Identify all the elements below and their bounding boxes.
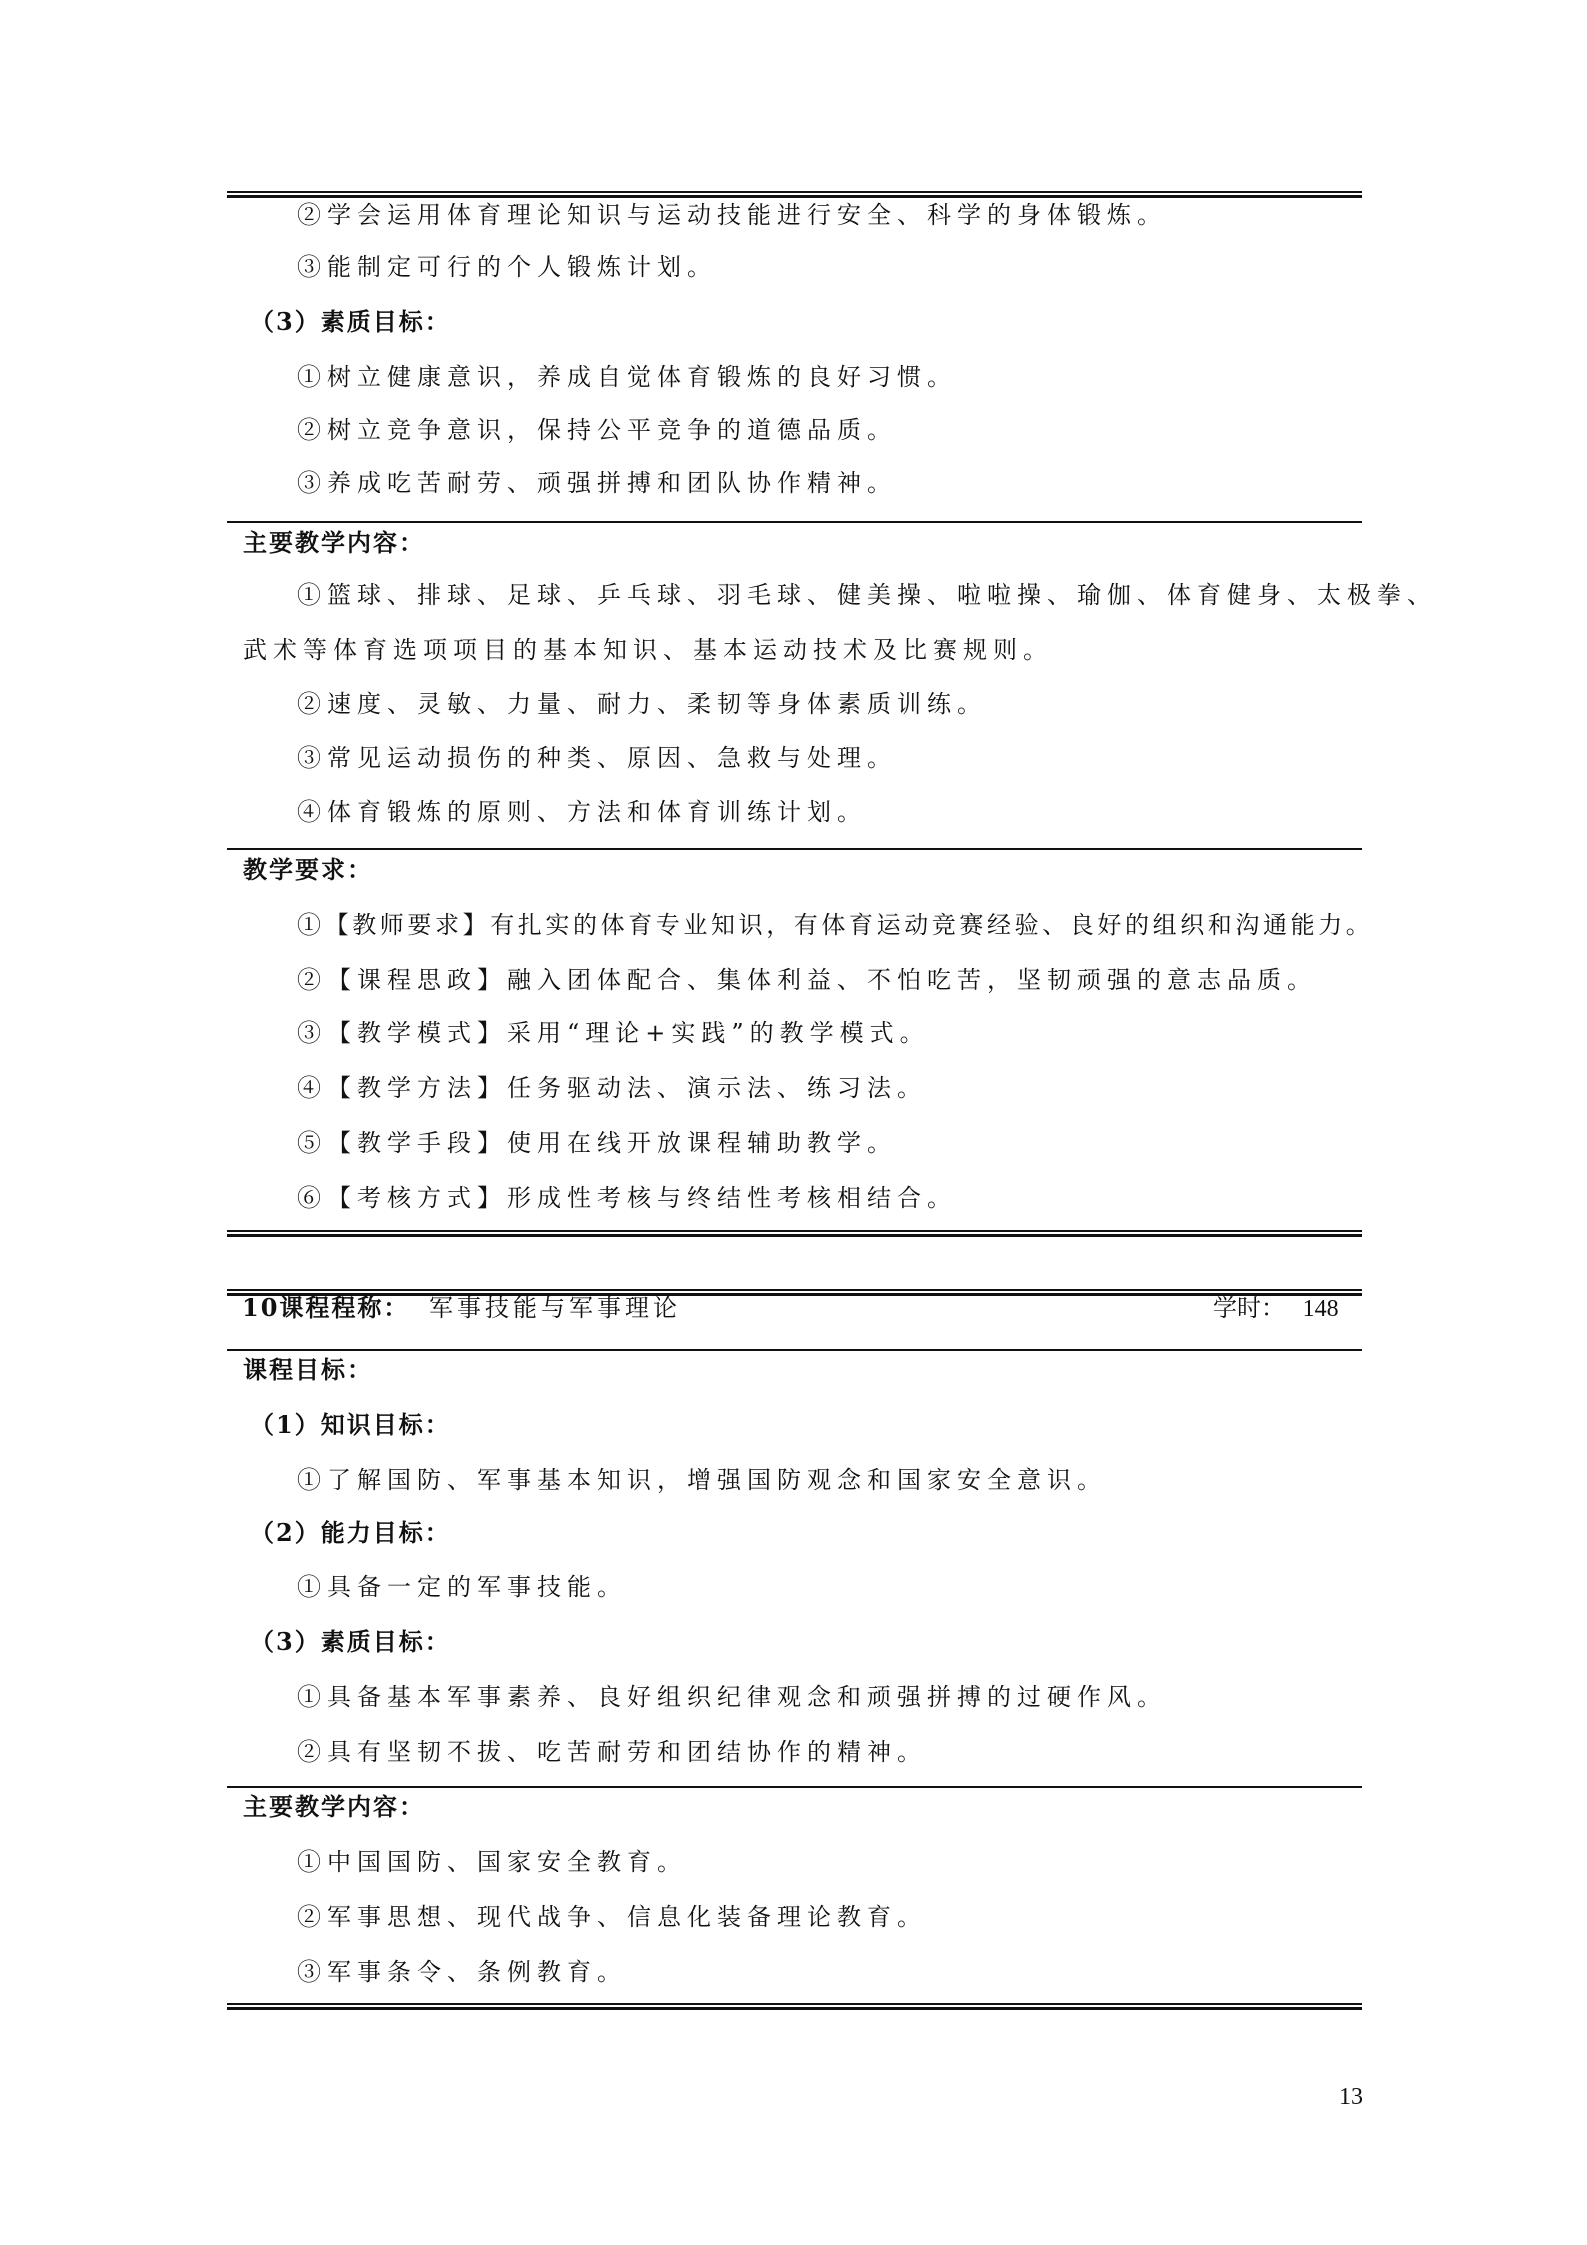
requirement-item-6: ⑥【考核方式】形成性考核与终结性考核相结合。 [297, 1183, 957, 1213]
knowledge-goal-label: （1）知识目标： [250, 1410, 451, 1440]
section-divider [227, 521, 1362, 523]
content-item-2: ②速度、灵敏、力量、耐力、柔韧等身体素质训练。 [297, 689, 987, 719]
quality-goal-item-1: ①具备基本军事素养、良好组织纪律观念和顽强拼搏的过硬作风。 [297, 1682, 1167, 1712]
knowledge-goal-item-1: ①了解国防、军事基本知识，增强国防观念和国家安全意识。 [297, 1465, 1107, 1495]
quality-goal-label: （3）素质目标： [250, 307, 451, 337]
table-top-double-rule [227, 191, 1362, 198]
requirement-item-1: ①【教师要求】有扎实的体育专业知识，有体育运动竞赛经验、良好的组织和沟通能力。 [297, 910, 1373, 940]
requirements-heading: 教学要求： [243, 855, 373, 885]
requirement-item-4: ④【教学方法】任务驱动法、演示法、练习法。 [297, 1073, 927, 1103]
content-item-2: ②军事思想、现代战争、信息化装备理论教育。 [297, 1902, 927, 1932]
requirement-item-3: ③【教学模式】采用“理论+实践”的教学模式。 [297, 1018, 930, 1048]
table-bottom-double-rule [227, 1230, 1362, 1237]
course-name-value: 军事技能与军事理论 [429, 1293, 681, 1323]
section-divider [227, 848, 1362, 850]
content-item-1: ①中国国防、国家安全教育。 [297, 1847, 687, 1877]
quality-goal-item-2: ②具有坚韧不拔、吃苦耐劳和团结协作的精神。 [297, 1737, 927, 1767]
content-item-3: ③常见运动损伤的种类、原因、急救与处理。 [297, 743, 897, 773]
content-item-3: ③军事条令、条例教育。 [297, 1957, 627, 1987]
content-item-1-continued: 武术等体育选项项目的基本知识、基本运动技术及比赛规则。 [243, 635, 1053, 665]
content-item-4: ④体育锻炼的原则、方法和体育训练计划。 [297, 797, 867, 827]
requirement-item-5: ⑤【教学手段】使用在线开放课程辅助教学。 [297, 1128, 897, 1158]
skill-goal-item-3: ③能制定可行的个人锻炼计划。 [297, 252, 717, 282]
quality-goal-label: （3）素质目标： [250, 1627, 451, 1657]
quality-goal-item-1: ①树立健康意识，养成自觉体育锻炼的良好习惯。 [297, 362, 957, 392]
requirement-item-2: ②【课程思政】融入团体配合、集体利益、不怕吃苦，坚韧顽强的意志品质。 [297, 965, 1317, 995]
section-divider [227, 1349, 1362, 1351]
content-item-1: ①篮球、排球、足球、乒乓球、羽毛球、健美操、啦啦操、瑜伽、体育健身、太极拳、 [297, 580, 1437, 610]
content-heading: 主要教学内容： [243, 528, 425, 558]
course-name-label: 10课程程称： [242, 1293, 409, 1323]
section-divider [227, 1786, 1362, 1788]
content-heading: 主要教学内容： [243, 1792, 425, 1822]
document-page: ②学会运用体育理论知识与运动技能进行安全、科学的身体锻炼。 ③能制定可行的个人锻… [0, 0, 1587, 2245]
ability-goal-item-1: ①具备一定的军事技能。 [297, 1572, 627, 1602]
quality-goal-item-2: ②树立竞争意识，保持公平竞争的道德品质。 [297, 415, 897, 445]
skill-goal-item-2: ②学会运用体育理论知识与运动技能进行安全、科学的身体锻炼。 [297, 200, 1167, 230]
hours-value: 148 [1303, 1296, 1339, 1322]
quality-goal-item-3: ③养成吃苦耐劳、顽强拼搏和团队协作精神。 [297, 468, 897, 498]
ability-goal-label: （2）能力目标： [250, 1518, 451, 1548]
hours-label: 学时： [1213, 1294, 1285, 1322]
table-bottom-double-rule [227, 2003, 1362, 2010]
goals-heading: 课程目标： [243, 1355, 373, 1385]
page-number: 13 [1339, 2084, 1363, 2110]
course-hours: 学时： 148 [1213, 1293, 1339, 1324]
